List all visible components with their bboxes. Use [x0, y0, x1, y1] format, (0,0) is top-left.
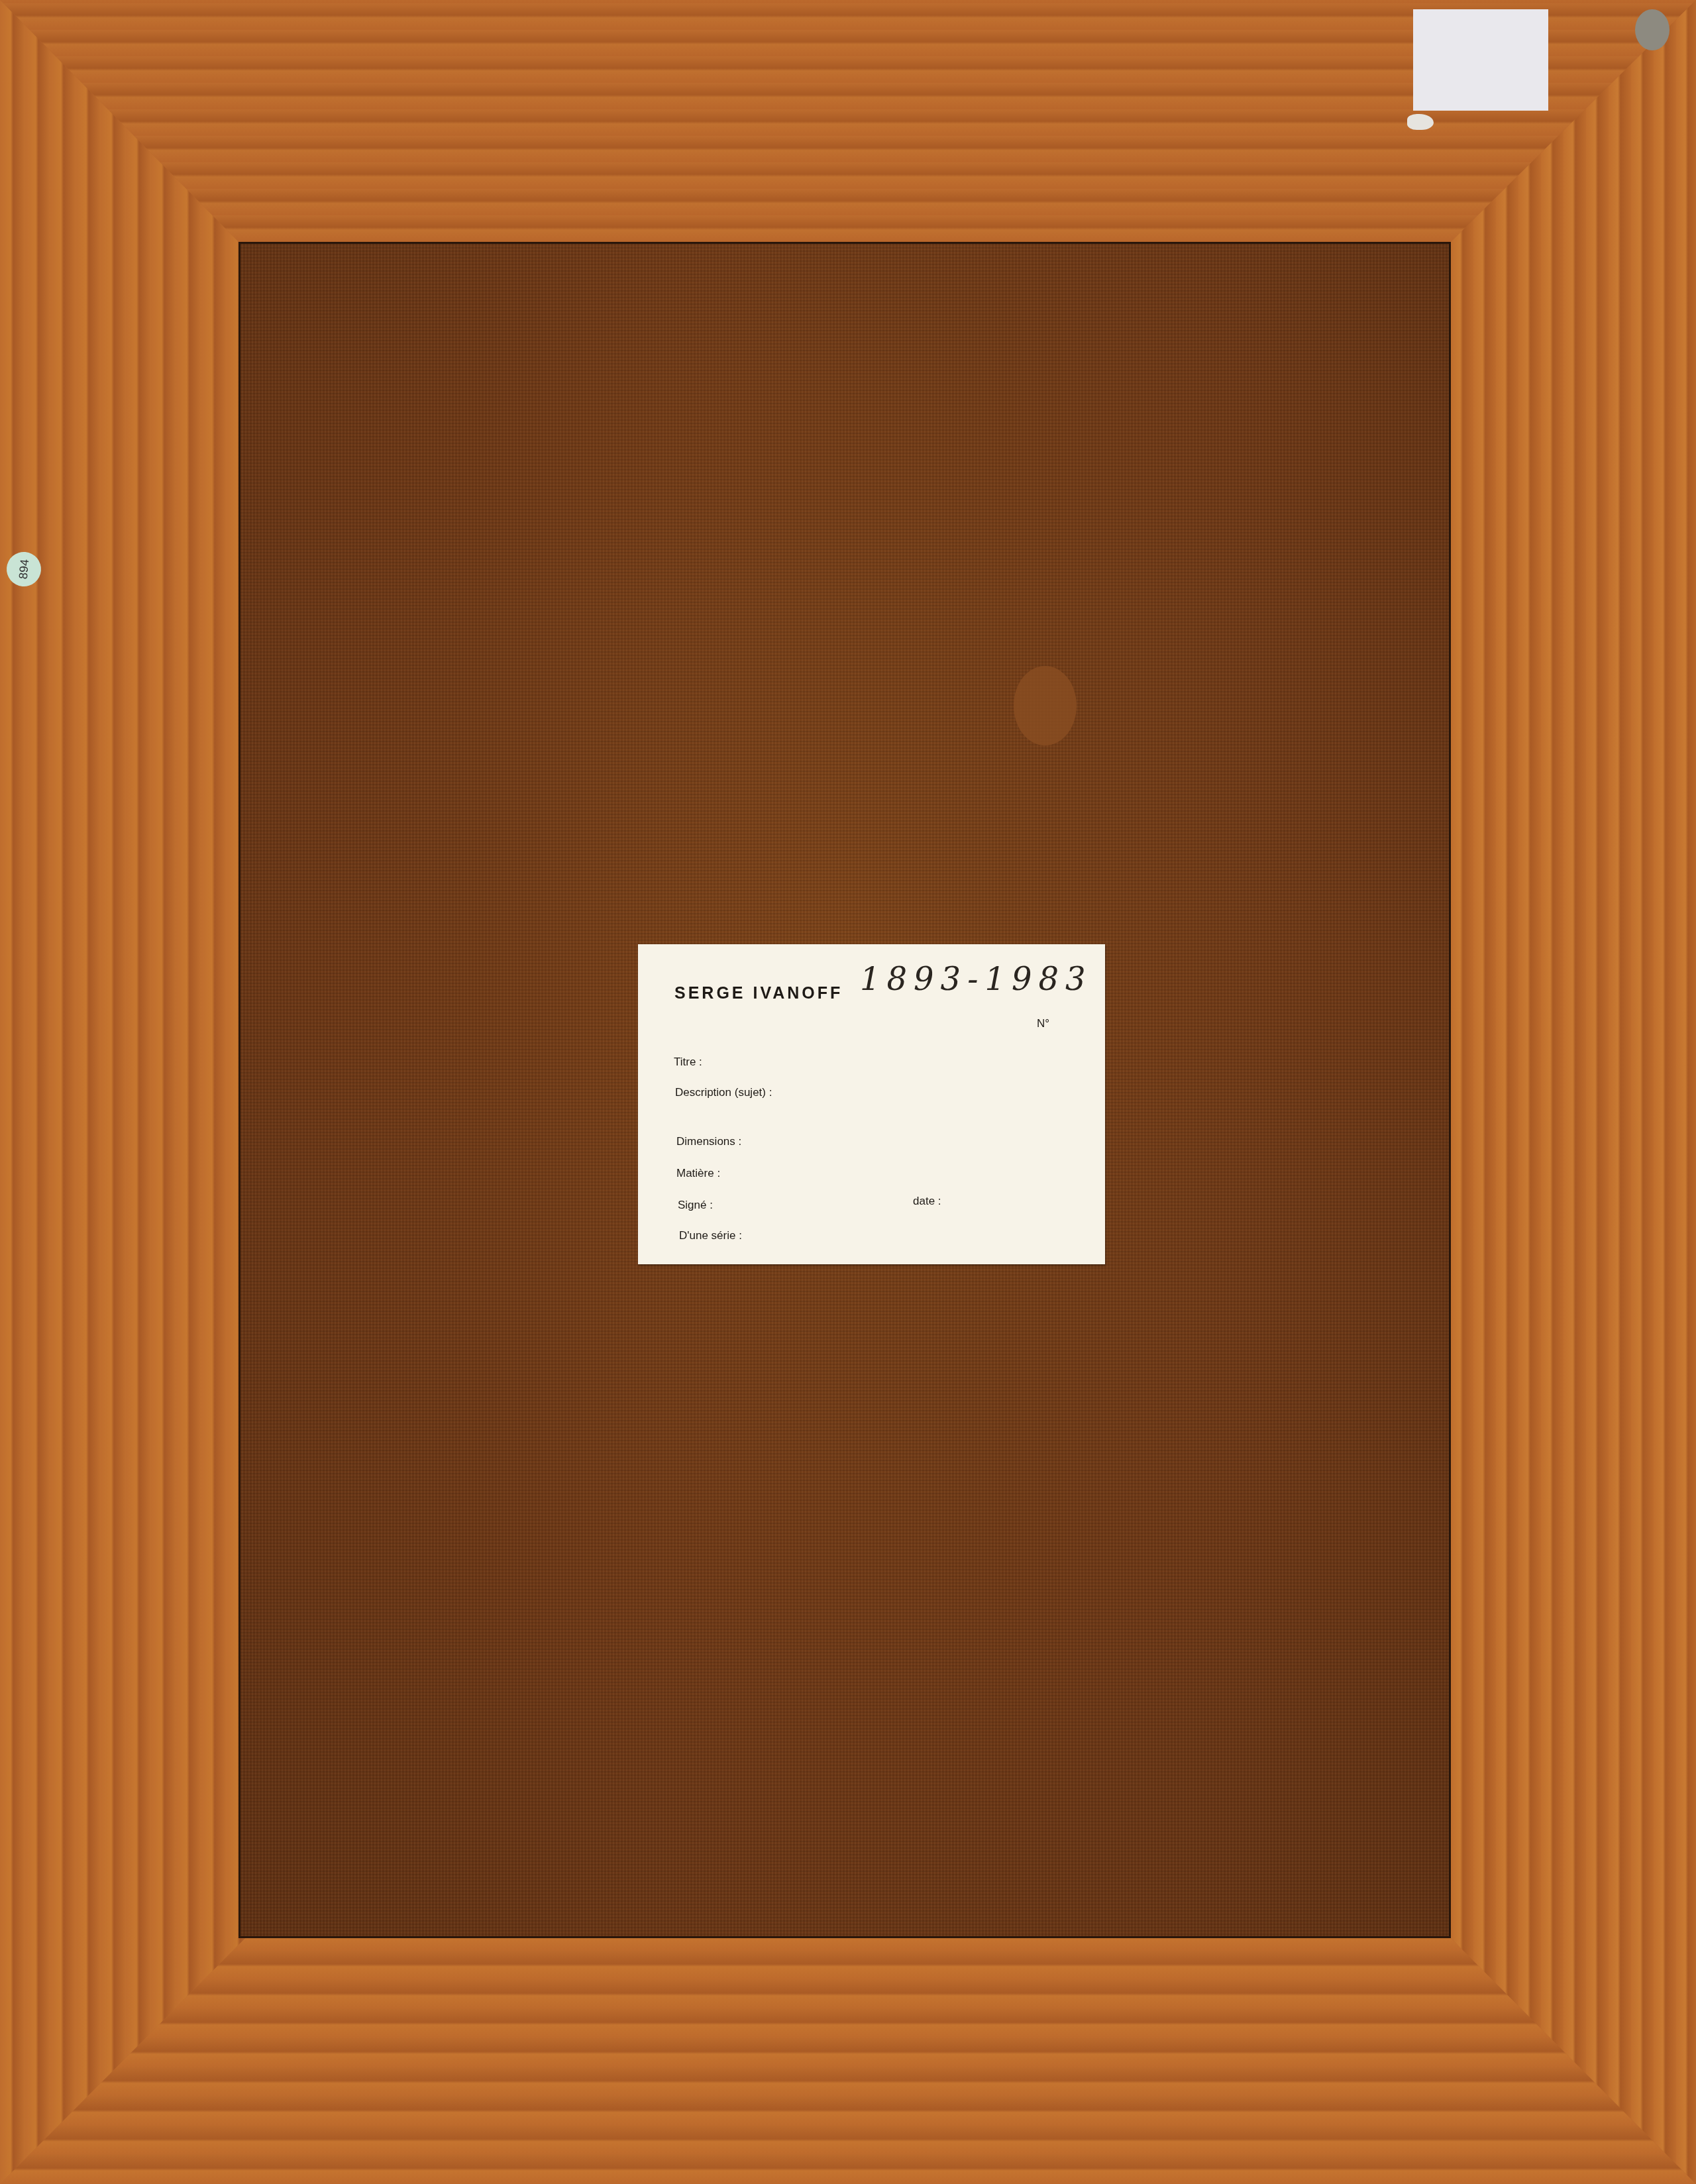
artist-dates: 1893-1983 — [860, 961, 1092, 998]
frame-rail-right — [1451, 0, 1696, 2184]
field-signe: Signé : — [678, 1199, 713, 1212]
frame-rail-bottom — [0, 1938, 1696, 2184]
field-date: date : — [913, 1195, 941, 1208]
nail-head — [1635, 9, 1669, 50]
number-field: N° — [1037, 1017, 1049, 1030]
paper-fragment — [1407, 114, 1434, 130]
field-description: Description (sujet) : — [675, 1086, 772, 1099]
field-dimensions: Dimensions : — [676, 1135, 741, 1148]
white-patch — [1413, 9, 1548, 111]
artist-label: SERGE IVANOFF 1893-1983 N° Titre : Descr… — [638, 944, 1105, 1264]
stain-mark — [1014, 666, 1077, 745]
field-serie: D'une série : — [679, 1229, 742, 1242]
field-matiere: Matière : — [676, 1167, 720, 1180]
frame-rail-left — [0, 0, 245, 2184]
artist-name: SERGE IVANOFF — [674, 984, 843, 1003]
picture-frame-back: 894 SERGE IVANOFF 1893-1983 N° Titre : D… — [0, 0, 1696, 2184]
field-titre: Titre : — [674, 1056, 702, 1069]
